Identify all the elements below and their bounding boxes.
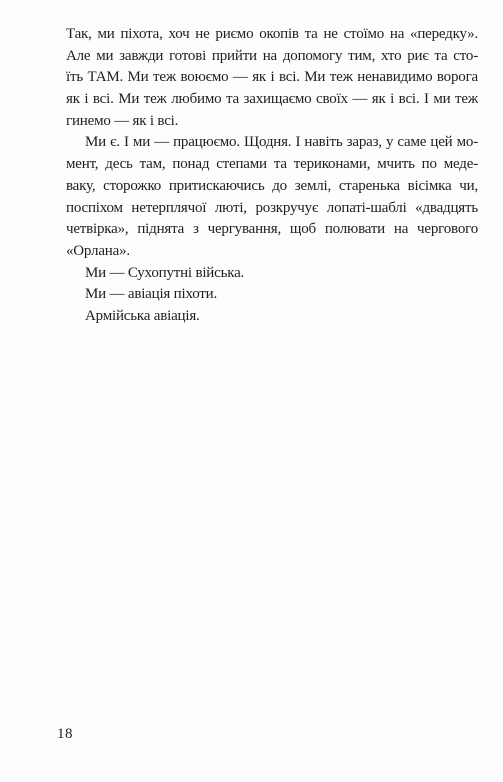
text-line: Ми — авіація піхоти.	[66, 284, 478, 306]
text-line: як і всі. Ми теж любимо та захищаємо сво…	[66, 89, 478, 111]
paragraph: Ми — авіація піхоти.	[66, 284, 478, 306]
text-line: Але ми завжди готові прийти на допомогу …	[66, 46, 478, 68]
text-line: ваку, сторожко притискаючись до землі, с…	[66, 176, 478, 198]
text-line: Так, ми піхота, хоч не риємо окопів та н…	[66, 24, 478, 46]
text-line: їть ТАМ. Ми теж воюємо — як і всі. Ми те…	[66, 67, 478, 89]
text-line: Ми — Сухопутні війська.	[66, 263, 478, 285]
paragraph: Армійська авіація.	[66, 306, 478, 328]
text-block: Так, ми піхота, хоч не риємо окопів та н…	[66, 24, 478, 328]
text-line: мент, десь там, понад степами та терикон…	[66, 154, 478, 176]
page-number: 18	[57, 726, 73, 743]
paragraph: Так, ми піхота, хоч не риємо окопів та н…	[66, 24, 478, 132]
text-line: четвірка», піднята з чергування, щоб пол…	[66, 219, 478, 241]
book-page: Так, ми піхота, хоч не риємо окопів та н…	[0, 0, 503, 782]
text-line: Ми є. І ми — працюємо. Щодня. І навіть з…	[66, 132, 478, 154]
paragraph: Ми є. І ми — працюємо. Щодня. І навіть з…	[66, 132, 478, 262]
paragraph: Ми — Сухопутні війська.	[66, 263, 478, 285]
text-line: гинемо — як і всі.	[66, 111, 478, 133]
text-line: Армійська авіація.	[66, 306, 478, 328]
text-line: поспіхом нетерплячої люті, розкручує лоп…	[66, 198, 478, 220]
text-line: «Орлана».	[66, 241, 478, 263]
